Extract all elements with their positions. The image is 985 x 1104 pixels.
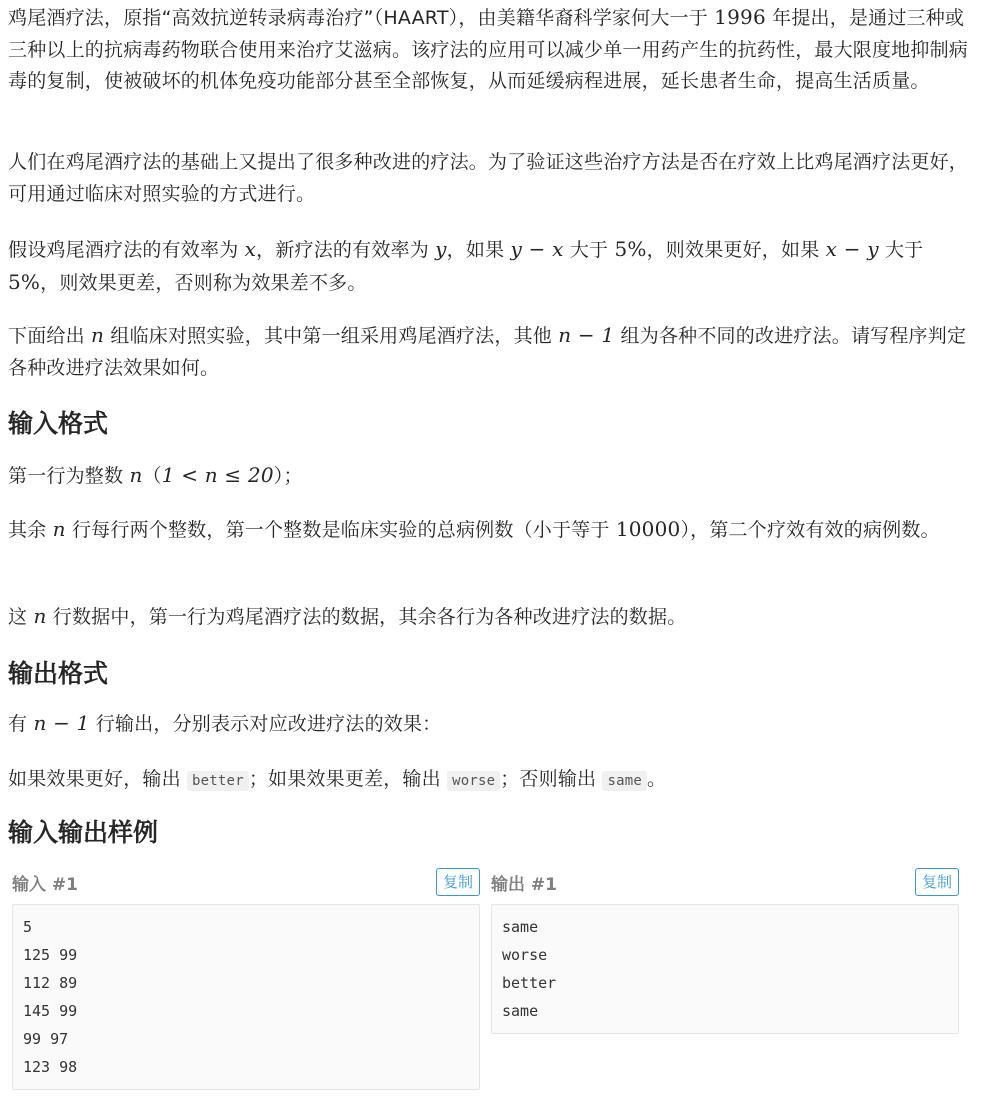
sample-line: 125 99 bbox=[23, 941, 469, 969]
math-n-minus-1: n − 1 bbox=[558, 323, 614, 347]
sample-line: same bbox=[502, 997, 948, 1025]
input-format-paragraph-1: 第一行为整数 n（1 < n ≤ 20）； bbox=[8, 460, 973, 493]
sample-input-content[interactable]: 5 125 99 112 89 145 99 99 97 123 98 bbox=[12, 904, 480, 1090]
text: ，新疗法的有效率为 bbox=[256, 239, 435, 261]
text: （ bbox=[143, 465, 162, 487]
input-format-heading: 输入格式 bbox=[8, 404, 108, 444]
text: 组临床对照实验，其中第一组采用鸡尾酒疗法，其他 bbox=[104, 325, 558, 347]
math-x: x bbox=[245, 237, 256, 261]
math-range: 1 < n ≤ 20 bbox=[162, 463, 274, 487]
text: ，如果 bbox=[447, 239, 511, 261]
copy-input-button[interactable]: 复制 bbox=[436, 868, 480, 896]
year-value: 1996 bbox=[714, 5, 766, 29]
output-format-heading: 输出格式 bbox=[8, 654, 108, 694]
text: 这 bbox=[8, 606, 33, 628]
samples-heading: 输入输出样例 bbox=[8, 813, 158, 853]
text: 大于 bbox=[879, 239, 924, 261]
math-y: y bbox=[435, 237, 447, 261]
sample-line: 123 98 bbox=[23, 1053, 469, 1081]
description-paragraph-2: 人们在鸡尾酒疗法的基础上又提出了很多种改进的疗法。为了验证这些治疗方法是否在疗效… bbox=[8, 147, 973, 210]
text: 行数据中，第一行为鸡尾酒疗法的数据，其余各行为各种改进疗法的数据。 bbox=[47, 606, 687, 628]
input-format-paragraph-2: 其余 n 行每行两个整数，第一个整数是临床实验的总病例数（小于等于 10000）… bbox=[8, 514, 973, 547]
text: 。 bbox=[647, 768, 666, 790]
math-n: n bbox=[53, 517, 66, 541]
text: ，则效果更好，如果 bbox=[647, 239, 826, 261]
sample-line: 5 bbox=[23, 913, 469, 941]
description-paragraph-4: 下面给出 n 组临床对照实验，其中第一组采用鸡尾酒疗法，其他 n − 1 组为各… bbox=[8, 320, 973, 384]
output-format-paragraph-1: 有 n − 1 行输出，分别表示对应改进疗法的效果： bbox=[8, 708, 973, 741]
text: ；如果效果更差，输出 bbox=[249, 768, 447, 790]
samples-section: 输入输出样例 bbox=[8, 813, 158, 853]
sample-output-title: 输出 #1 bbox=[491, 870, 557, 895]
text: 第一行为整数 bbox=[8, 465, 129, 487]
description-paragraph-3: 假设鸡尾酒疗法的有效率为 x，新疗法的有效率为 y，如果 y − x 大于 5%… bbox=[8, 234, 973, 299]
math-n: n bbox=[91, 323, 104, 347]
text: 有 bbox=[8, 713, 33, 735]
sample-input-block: 输入 #1 复制 5 125 99 112 89 145 99 99 97 12… bbox=[12, 865, 480, 1090]
math-percent: 5% bbox=[8, 270, 40, 294]
output-format-section: 输出格式 bbox=[8, 654, 108, 694]
sample-line: same bbox=[502, 913, 948, 941]
copy-output-button[interactable]: 复制 bbox=[915, 868, 959, 896]
text: 鸡尾酒疗法，原指“高效抗逆转录病毒治疗”（HAART），由美籍华裔科学家何大一于 bbox=[8, 7, 714, 29]
sample-line: 145 99 bbox=[23, 997, 469, 1025]
math-n-minus-1: n − 1 bbox=[33, 711, 89, 735]
text: ，则效果更差，否则称为效果差不多。 bbox=[40, 272, 366, 294]
math-n: n bbox=[129, 463, 142, 487]
sample-input-header: 输入 #1 复制 bbox=[12, 865, 480, 899]
sample-output-block: 输出 #1 复制 same worse better same bbox=[491, 865, 959, 1034]
text: ）； bbox=[274, 465, 303, 487]
math-max: 10000 bbox=[616, 517, 681, 541]
text: 行每行两个整数，第一个整数是临床实验的总病例数（小于等于 bbox=[66, 519, 616, 541]
input-format-section: 输入格式 bbox=[8, 404, 108, 444]
math-y-minus-x: y − x bbox=[511, 237, 564, 261]
text: 行输出，分别表示对应改进疗法的效果： bbox=[90, 713, 442, 735]
math-x-minus-y: x − y bbox=[826, 237, 879, 261]
text: ），第二个疗效有效的病例数。 bbox=[680, 519, 939, 541]
math-percent: 5% bbox=[614, 237, 646, 261]
sample-line: worse bbox=[502, 941, 948, 969]
text: 其余 bbox=[8, 519, 53, 541]
description-paragraph-1: 鸡尾酒疗法，原指“高效抗逆转录病毒治疗”（HAART），由美籍华裔科学家何大一于… bbox=[8, 2, 973, 98]
math-n: n bbox=[33, 604, 46, 628]
code-better: better bbox=[187, 771, 249, 791]
sample-line: 112 89 bbox=[23, 969, 469, 997]
text: 如果效果更好，输出 bbox=[8, 768, 187, 790]
code-same: same bbox=[602, 771, 647, 791]
text: ；否则输出 bbox=[500, 768, 602, 790]
sample-line: 99 97 bbox=[23, 1025, 469, 1053]
sample-line: better bbox=[502, 969, 948, 997]
output-format-paragraph-2: 如果效果更好，输出 better；如果效果更差，输出 worse；否则输出 sa… bbox=[8, 764, 973, 798]
text: 下面给出 bbox=[8, 325, 91, 347]
input-format-paragraph-3: 这 n 行数据中，第一行为鸡尾酒疗法的数据，其余各行为各种改进疗法的数据。 bbox=[8, 601, 973, 634]
sample-input-title: 输入 #1 bbox=[12, 870, 78, 895]
sample-output-content[interactable]: same worse better same bbox=[491, 904, 959, 1034]
sample-output-header: 输出 #1 复制 bbox=[491, 865, 959, 899]
code-worse: worse bbox=[447, 771, 500, 791]
text: 假设鸡尾酒疗法的有效率为 bbox=[8, 239, 245, 261]
text: 大于 bbox=[564, 239, 615, 261]
